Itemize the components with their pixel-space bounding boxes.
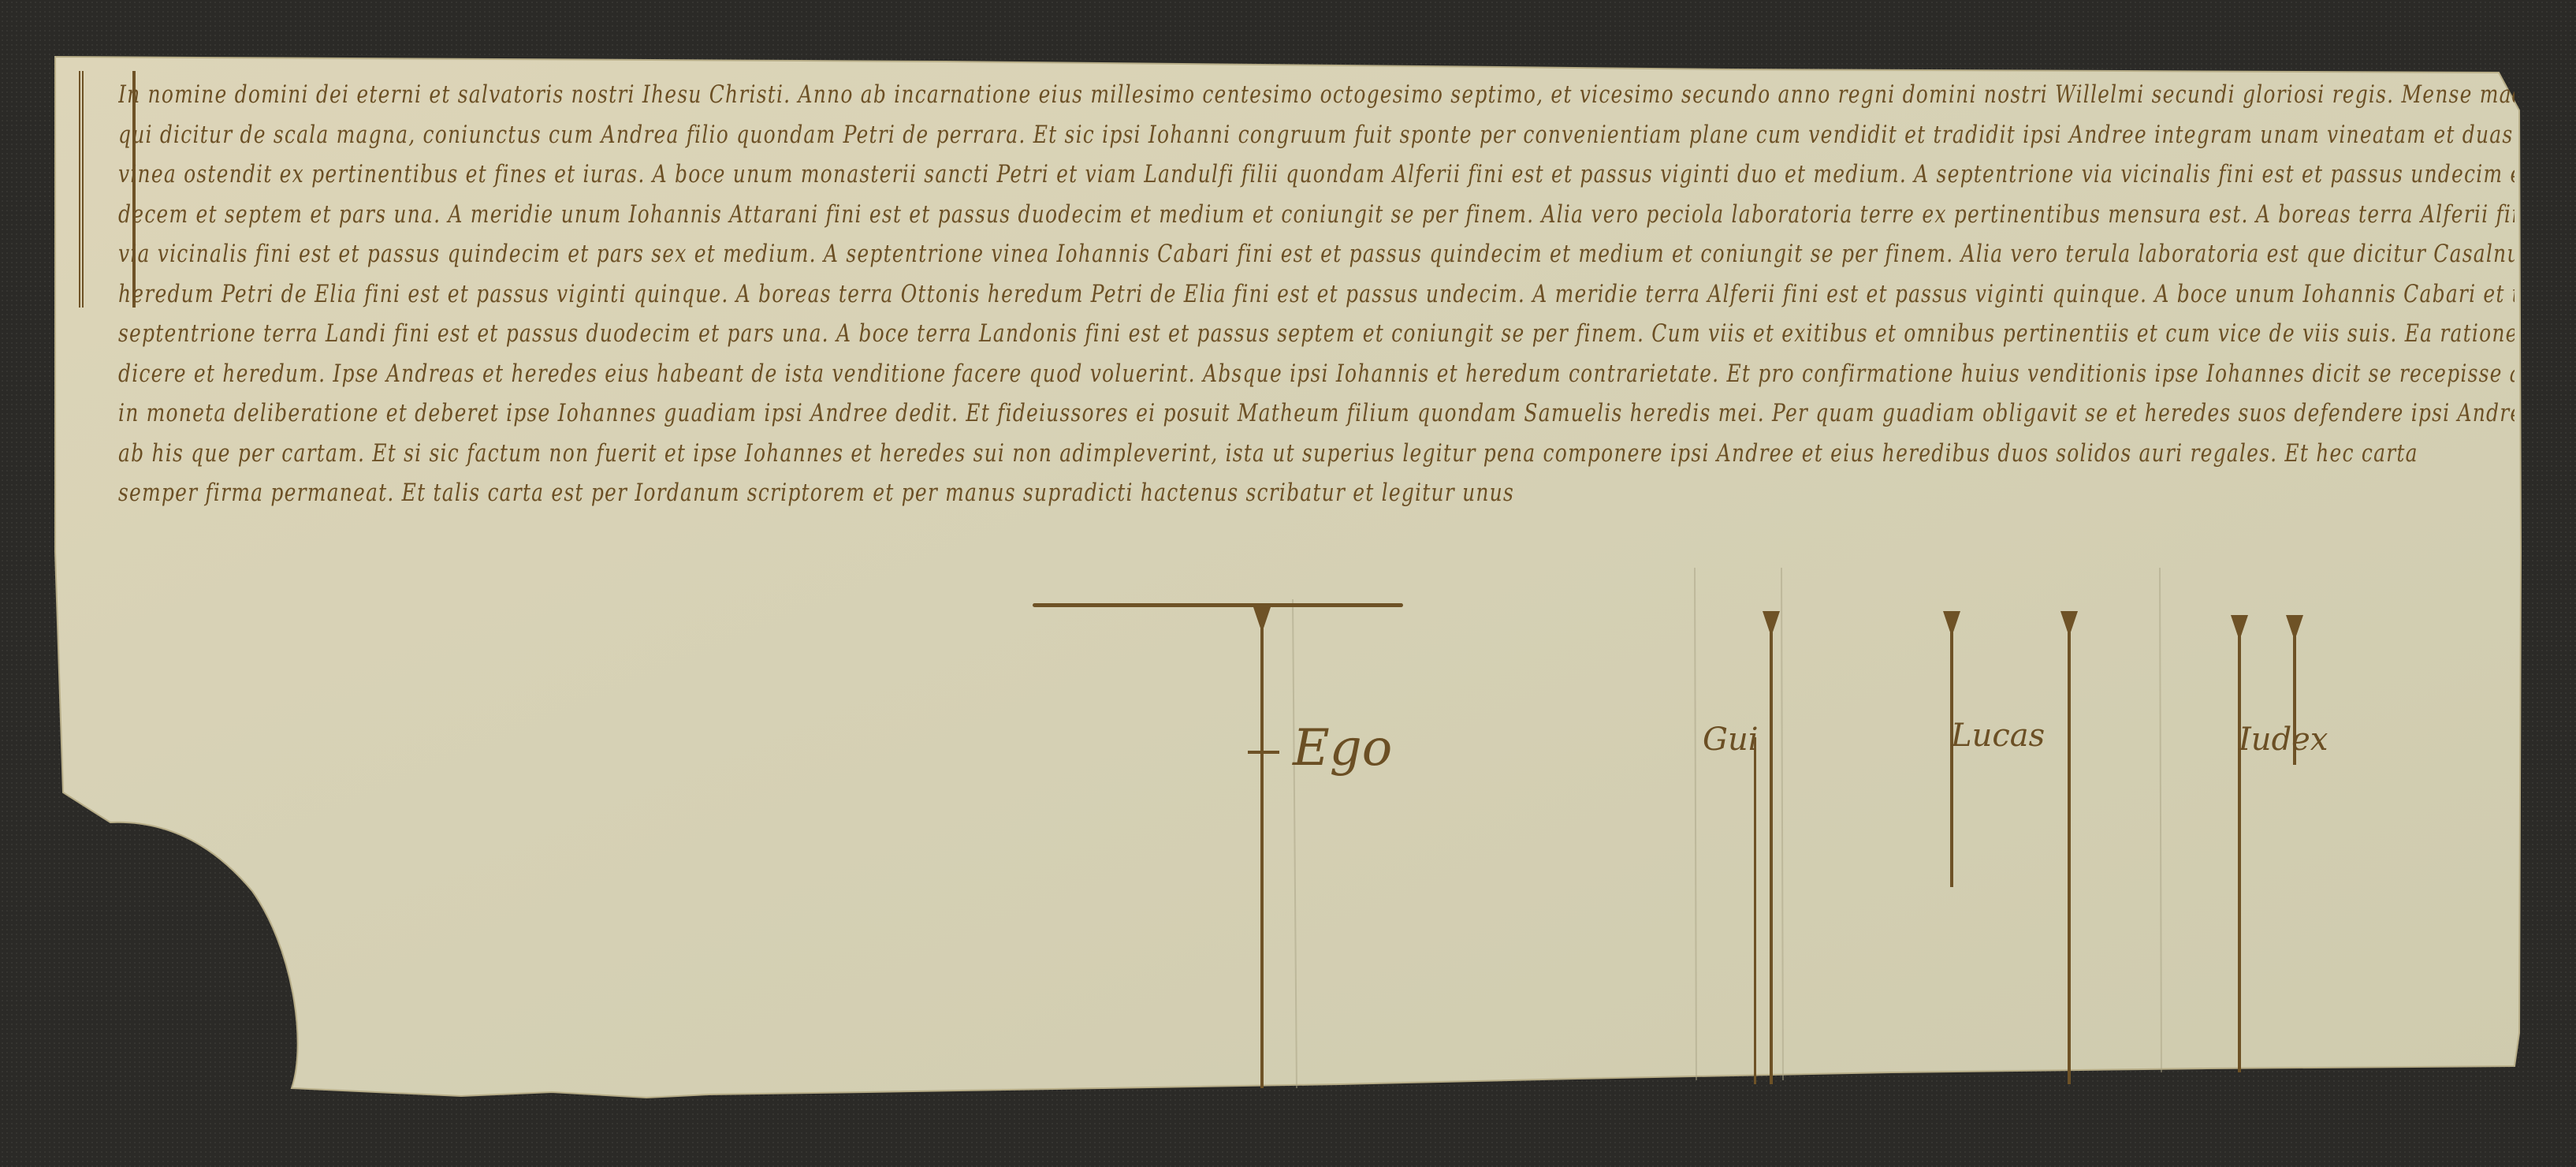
cross-bar xyxy=(1248,751,1279,754)
signature-gui: Gui xyxy=(1703,721,1759,758)
stem xyxy=(1754,737,1756,1084)
stem xyxy=(1950,627,1953,887)
signature-iudex: Iudex xyxy=(2239,721,2328,758)
signature-lucas: Lucas xyxy=(1951,718,2045,754)
stem xyxy=(2068,627,2071,1084)
text-line: semper firma permaneat. Et talis carta e… xyxy=(118,468,2515,518)
flourish-line xyxy=(1033,603,1403,607)
stem xyxy=(2238,631,2241,1072)
signature-ego: Ego xyxy=(1293,719,1392,777)
charter-text: In nomine domini dei eterni et salvatori… xyxy=(118,75,2515,513)
stem xyxy=(1770,627,1773,1084)
cross-stem xyxy=(1260,623,1264,1088)
